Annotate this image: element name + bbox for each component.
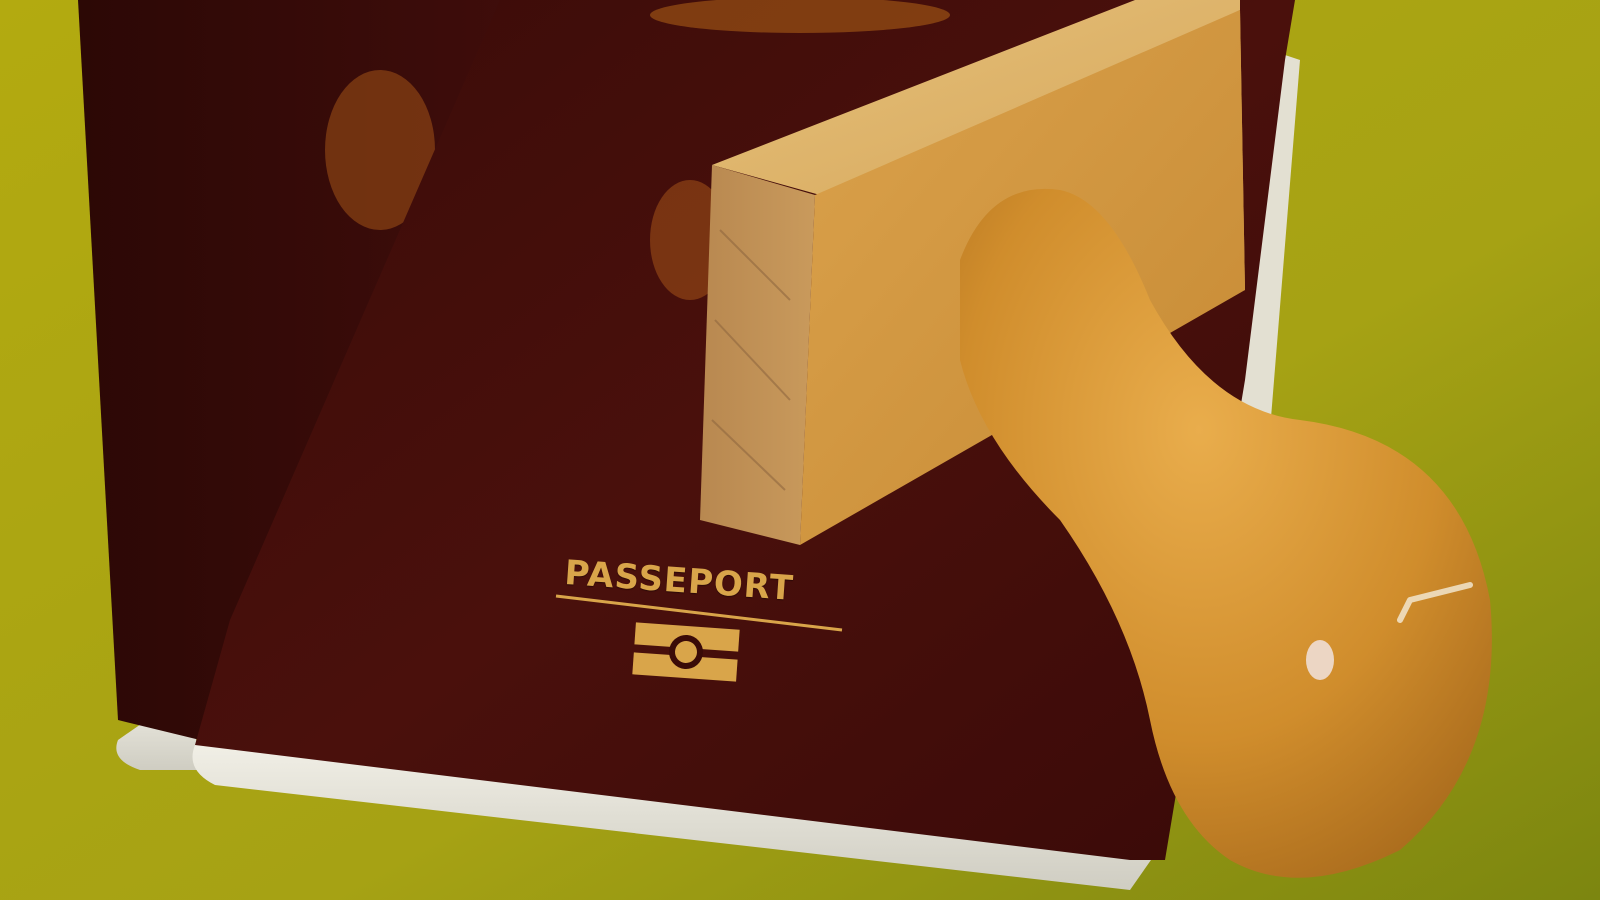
photo-scene: PASSEPORT [0,0,1600,900]
photo-illustration [0,0,1600,900]
